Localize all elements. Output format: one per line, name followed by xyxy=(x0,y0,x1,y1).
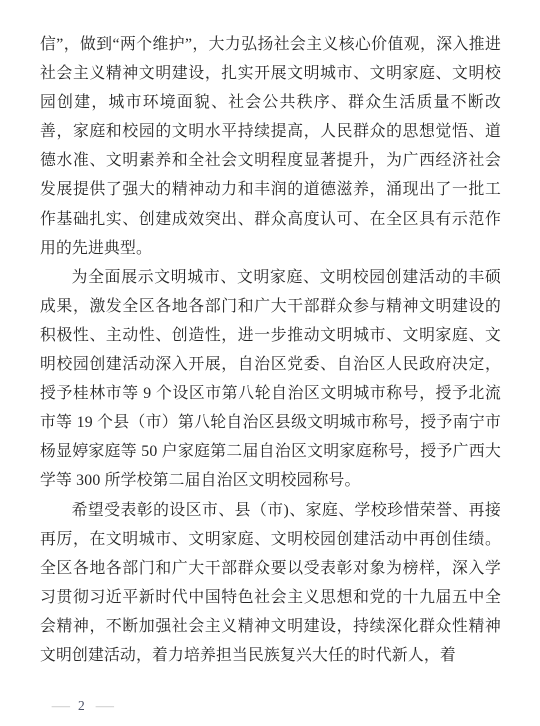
body-paragraph: 希望受表彰的设区市、县（市)、家庭、学校珍惜荣誉、再接再厉，在文明城市、文明家庭… xyxy=(40,496,501,671)
page-number: 2 xyxy=(78,698,85,714)
document-body: 信”，做到“两个维护”，大力弘扬社会主义核心价值观，深入推进社会主义精神文明建设… xyxy=(40,30,501,670)
document-page: 信”，做到“两个维护”，大力弘扬社会主义核心价值观，深入推进社会主义精神文明建设… xyxy=(0,0,540,726)
page-number-dash-right: — xyxy=(96,698,111,714)
body-paragraph: 为全面展示文明城市、文明家庭、文明校园创建活动的丰硕成果，激发全区各地各部门和广… xyxy=(40,263,501,496)
body-paragraph: 信”，做到“两个维护”，大力弘扬社会主义核心价值观，深入推进社会主义精神文明建设… xyxy=(40,30,501,263)
page-footer: — 2 — xyxy=(54,698,109,714)
page-number-dash-left: — xyxy=(52,698,67,714)
